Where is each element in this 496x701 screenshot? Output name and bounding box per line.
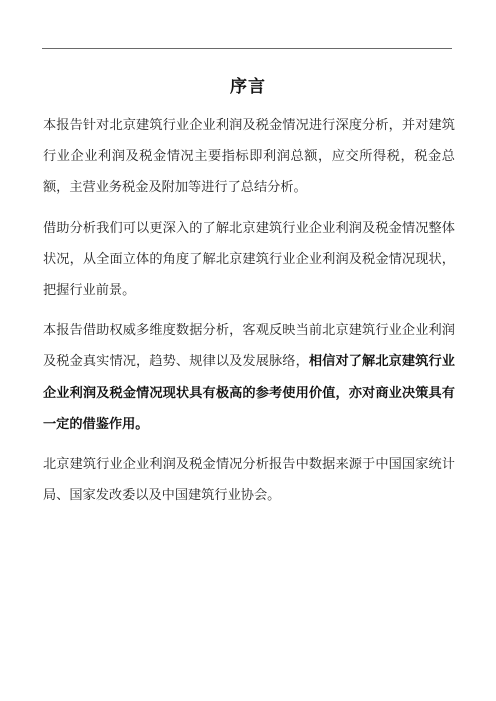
paragraph-text: 借助分析我们可以更深入的了解北京建筑行业企业利润及税金情况整体状况，从全面立体的… bbox=[43, 221, 455, 298]
header-divider bbox=[42, 48, 452, 49]
preface-body: 本报告针对北京建筑行业企业利润及税金情况进行深度分析，并对建筑行业企业利润及税金… bbox=[43, 110, 455, 520]
paragraph-value: 本报告借助权威多维度数据分析，客观反映当前北京建筑行业企业利润及税金真实情况，趋… bbox=[43, 315, 455, 440]
paragraph-sources: 北京建筑行业企业利润及税金情况分析报告中数据来源于中国国家统计局、国家发改委以及… bbox=[43, 449, 455, 511]
page-title: 序言 bbox=[0, 72, 496, 97]
paragraph-purpose: 借助分析我们可以更深入的了解北京建筑行业企业利润及税金情况整体状况，从全面立体的… bbox=[43, 213, 455, 307]
paragraph-text: 北京建筑行业企业利润及税金情况分析报告中数据来源于中国国家统计局、国家发改委以及… bbox=[43, 457, 455, 503]
paragraph-text: 本报告针对北京建筑行业企业利润及税金情况进行深度分析，并对建筑行业企业利润及税金… bbox=[43, 118, 455, 195]
paragraph-scope: 本报告针对北京建筑行业企业利润及税金情况进行深度分析，并对建筑行业企业利润及税金… bbox=[43, 110, 455, 204]
